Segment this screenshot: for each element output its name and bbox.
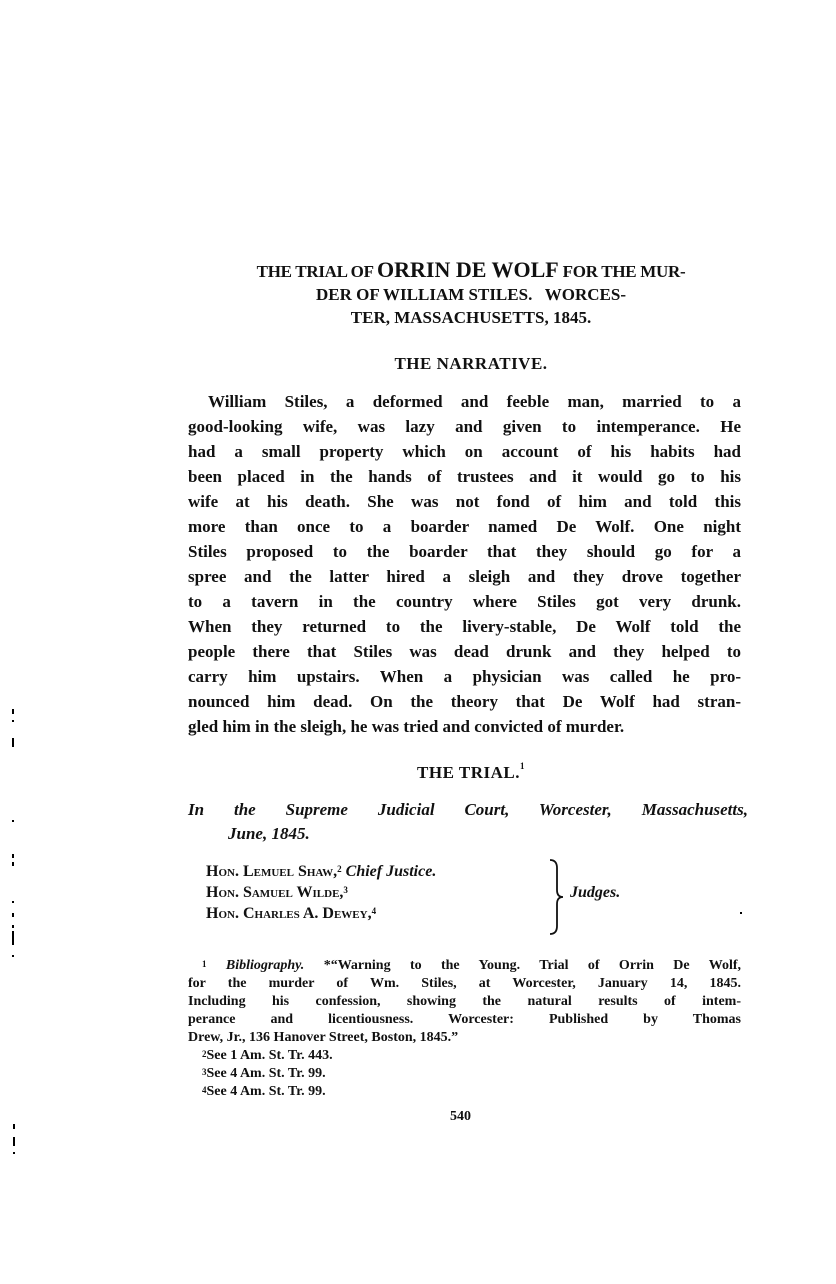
- footnotes: 1 Bibliography. *“Warning to the Young. …: [188, 957, 741, 1101]
- narrative-line: people there that Stiles was dead drunk …: [188, 639, 741, 664]
- bibliography-label: Bibliography.: [226, 958, 304, 973]
- footnote-1: 1 Bibliography. *“Warning to the Young. …: [188, 957, 741, 1047]
- judge-name: Lemuel Shaw,: [243, 863, 337, 880]
- judge-row: Hon. Lemuel Shaw,2 Chief Justice.: [206, 861, 436, 882]
- narrative-heading: THE NARRATIVE.: [188, 354, 754, 374]
- title-line-1: THE TRIAL OF ORRIN DE WOLF FOR THE MUR-: [188, 258, 754, 283]
- judges-label: Judges.: [570, 884, 620, 902]
- scan-margin-artifacts: [0, 0, 30, 1284]
- judge-row: Hon. Samuel Wilde,3: [206, 882, 436, 903]
- narrative-line: Stiles proposed to the boarder that they…: [188, 539, 741, 564]
- court-line: In the Supreme Judicial Court, Worcester…: [188, 798, 748, 822]
- title-line-2: DER OF WILLIAM STILES. WORCES-: [188, 283, 754, 306]
- judge-row: Hon. Charles A. Dewey,4: [206, 903, 436, 924]
- title-line-3: TER, MASSACHUSETTS, 1845.: [188, 306, 754, 329]
- defendant-name: ORRIN DE WOLF: [377, 257, 559, 282]
- judge-role: Chief Justice.: [346, 863, 437, 880]
- narrative-body: William Stiles, a deformed and feeble ma…: [188, 389, 741, 739]
- narrative-line: to a tavern in the country where Stiles …: [188, 589, 741, 614]
- judge-name: Charles A. Dewey,: [243, 905, 372, 922]
- court-date: June, 1845.: [188, 822, 748, 846]
- footnote-3: 3See 4 Am. St. Tr. 99.: [188, 1065, 741, 1083]
- footnote-2: 2See 1 Am. St. Tr. 443.: [188, 1047, 741, 1065]
- narrative-line: wife at his death. She was not fond of h…: [188, 489, 741, 514]
- narrative-line: gled him in the sleigh, he was tried and…: [188, 714, 741, 739]
- page-number: 540: [450, 1109, 471, 1125]
- narrative-line: carry him upstairs. When a physician was…: [188, 664, 741, 689]
- narrative-line: nounced him dead. On the theory that De …: [188, 689, 741, 714]
- narrative-line: good-looking wife, was lazy and given to…: [188, 414, 741, 439]
- footnote-4: 4See 4 Am. St. Tr. 99.: [188, 1083, 741, 1101]
- narrative-line: more than once to a boarder named De Wol…: [188, 514, 741, 539]
- judge-name: Samuel Wilde,: [243, 884, 343, 901]
- narrative-line: had a small property which on account of…: [188, 439, 741, 464]
- brace-icon: [548, 858, 564, 936]
- footnote-ref: 1: [520, 761, 525, 771]
- narrative-line: spree and the latter hired a sleigh and …: [188, 564, 741, 589]
- court-info: In the Supreme Judicial Court, Worcester…: [188, 798, 748, 846]
- chapter-title: THE TRIAL OF ORRIN DE WOLF FOR THE MUR- …: [188, 258, 754, 329]
- narrative-line: William Stiles, a deformed and feeble ma…: [188, 389, 741, 414]
- judges-list: Hon. Lemuel Shaw,2 Chief Justice. Hon. S…: [206, 861, 436, 924]
- narrative-line: When they returned to the livery-stable,…: [188, 614, 741, 639]
- trial-heading: THE TRIAL.1: [188, 763, 754, 783]
- narrative-line: been placed in the hands of trustees and…: [188, 464, 741, 489]
